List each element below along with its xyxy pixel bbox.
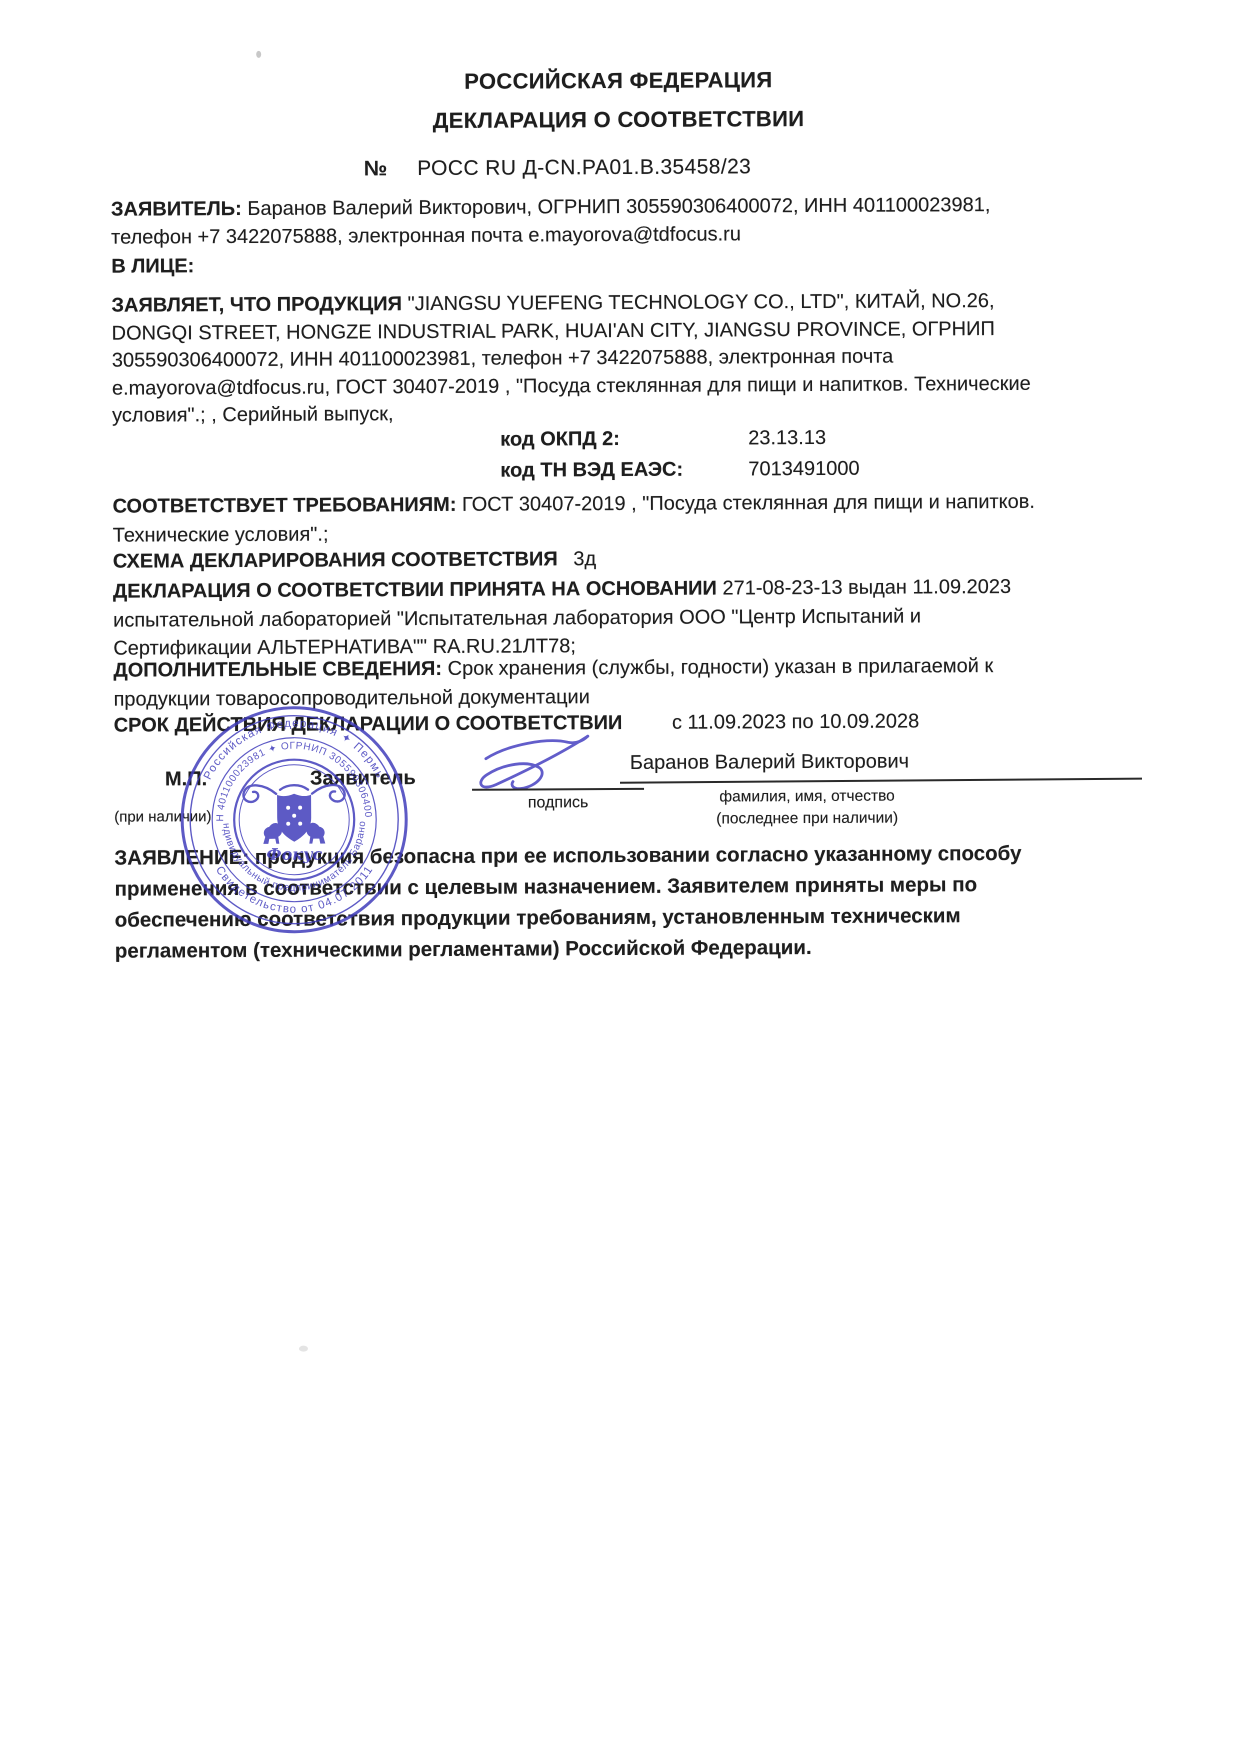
name-caption-line1: фамилия, имя, отчество [627, 785, 987, 809]
field-basis: ДЕКЛАРАЦИЯ О СООТВЕТСТВИИ ПРИНЯТА НА ОСН… [113, 572, 1173, 663]
declaration-number: №РОСС RU Д-CN.РА01.В.35458/23 [364, 155, 752, 181]
stamp-horse-left [263, 820, 284, 844]
field-conforms: СООТВЕТСТВУЕТ ТРЕБОВАНИЯМ: ГОСТ 30407-20… [112, 487, 1162, 549]
field-scheme-label: СХЕМА ДЕКЛАРИРОВАНИЯ СООТВЕТСТВИЯ [113, 548, 558, 572]
field-tnved-label: код ТН ВЭД ЕАЭС: [500, 459, 683, 482]
scan-speck-top [256, 51, 261, 58]
stamp-emblem: Фокус [243, 785, 345, 864]
round-stamp: Российская Федерация ✦ Пермь Свидетельст… [172, 697, 417, 942]
signature-caption: подпись [472, 794, 644, 813]
title-doc-type: ДЕКЛАРАЦИЯ О СООТВЕТСТВИИ [0, 104, 1239, 136]
field-validity-value: с 11.09.2023 по 10.09.2028 [672, 710, 919, 733]
handwritten-signature [464, 732, 624, 795]
field-okpd: код ОКПД 2: 23.13.13 [500, 428, 620, 452]
field-additional-label: ДОПОЛНИТЕЛЬНЫЕ СВЕДЕНИЯ: [113, 658, 442, 682]
field-in-person-label: В ЛИЦЕ: [111, 253, 194, 281]
field-applicant-value: Баранов Валерий Викторович, ОГРНИП 30559… [111, 194, 990, 248]
field-product-label: ЗАЯВЛЯЕТ, ЧТО ПРОДУКЦИЯ [111, 293, 402, 317]
title-country: РОССИЙСКАЯ ФЕДЕРАЦИЯ [0, 65, 1238, 97]
field-scheme: СХЕМА ДЕКЛАРИРОВАНИЯ СООТВЕТСТВИЯ 3д [113, 546, 596, 576]
scanned-declaration-page: { "header": { "country": "РОССИЙСКАЯ ФЕД… [0, 0, 1240, 1754]
field-okpd-value: 23.13.13 [748, 427, 826, 450]
field-tnved-value: 7013491000 [748, 458, 859, 482]
field-applicant: ЗАЯВИТЕЛЬ: Баранов Валерий Викторович, О… [111, 191, 1161, 251]
number-sign: № [364, 157, 388, 180]
stamp-horse-right [304, 820, 325, 844]
field-applicant-label: ЗАЯВИТЕЛЬ: [111, 198, 242, 221]
field-tnved: код ТН ВЭД ЕАЭС: 7013491000 [500, 459, 683, 483]
document-canvas: РОССИЙСКАЯ ФЕДЕРАЦИЯ ДЕКЛАРАЦИЯ О СООТВЕ… [0, 0, 1240, 1754]
field-basis-label: ДЕКЛАРАЦИЯ О СООТВЕТСТВИИ ПРИНЯТА НА ОСН… [113, 577, 717, 602]
stamp-company-name: Фокус [266, 845, 322, 864]
name-caption: фамилия, имя, отчество (последнее при на… [627, 785, 987, 831]
name-line [620, 778, 1142, 784]
number-value: РОСС RU Д-CN.РА01.В.35458/23 [417, 155, 751, 180]
scan-speck-bottom [299, 1346, 308, 1352]
field-conforms-label: СООТВЕТСТВУЕТ ТРЕБОВАНИЯМ: [112, 494, 456, 518]
name-caption-line2: (последнее при наличии) [627, 807, 987, 831]
field-product: ЗАЯВЛЯЕТ, ЧТО ПРОДУКЦИЯ "JIANGSU YUEFENG… [111, 287, 1172, 430]
field-okpd-label: код ОКПД 2: [500, 428, 620, 451]
signer-name: Баранов Валерий Викторович [630, 748, 909, 777]
field-scheme-value: 3д [573, 548, 596, 570]
